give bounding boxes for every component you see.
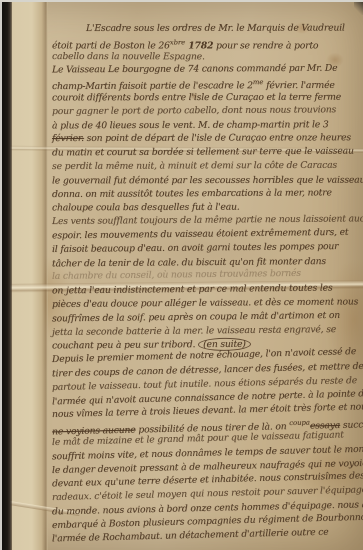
text-segment: pour gagner le port de porto cabello, do… <box>52 104 336 117</box>
text-segment: il faisoit beaucoup d'eau. on avoit garn… <box>52 241 338 255</box>
torn-corner-top-right <box>354 0 363 15</box>
manuscript-line: donna. on mit aussitôt toutes les embarc… <box>52 186 361 202</box>
text-segment: souffrîmes de la soif. peu après on coup… <box>52 310 340 325</box>
manuscript-paper: L'Escadre sous les ordres de Mr. le Marq… <box>2 0 363 550</box>
text-segment: L'Escadre sous les ordres de Mr. le Marq… <box>86 22 345 33</box>
scan-top-edge <box>0 0 363 2</box>
text-segment: à plus de 40 lieues sous le vent. M. de … <box>52 119 329 131</box>
text-segment: se perdit la même nuit, à minuit et demi… <box>52 160 337 172</box>
manuscript-line: étoit parti de Boston le 26xbre 1782 pou… <box>52 36 361 50</box>
text-segment: on jetta l'eau indistinctement et par ce… <box>52 283 333 297</box>
text-segment: jetta la seconde batterie à la mer. le v… <box>52 324 336 338</box>
manuscript-text: L'Escadre sous les ordres de Mr. le Marq… <box>52 22 361 546</box>
page-left-edge <box>2 0 12 550</box>
text-segment: la chambre du conseil, où nous nous trou… <box>52 268 301 282</box>
manuscript-line: il faisoit beaucoup d'eau. on avoit garn… <box>52 240 361 257</box>
text-segment: Les vents soufflant toujours de la même … <box>52 213 363 227</box>
text-segment: Le Vaisseau Le bourgogne de 74 canons co… <box>52 63 337 76</box>
text-segment: son point de départ de l'isle de Curaçao… <box>84 133 351 145</box>
manuscript-line: L'Escadre sous les ordres de Mr. le Marq… <box>52 21 361 35</box>
scanned-manuscript-page: L'Escadre sous les ordres de Mr. le Marq… <box>0 0 363 550</box>
text-segment: pièces d'eau douce pour alléger le vaiss… <box>52 296 358 310</box>
text-segment: me <box>253 78 264 86</box>
text-segment: couroit différents bords entre l'isle de… <box>52 92 341 104</box>
left-fold-strip <box>12 0 48 550</box>
text-segment: février. l'armée <box>263 80 334 91</box>
text-segment: février. <box>52 133 84 144</box>
text-segment: le gouvernail fut démonté par les secous… <box>52 174 363 186</box>
text-segment: donna. on mit aussitôt toutes les embarc… <box>52 187 332 200</box>
text-segment: coupa <box>289 419 310 427</box>
scan-left-sliver <box>0 0 2 550</box>
text-segment: cabello dans la nouvelle Espagne. <box>52 51 205 62</box>
manuscript-line: champ-Martin faisoit partie de l'escadre… <box>52 76 361 91</box>
manuscript-line: pour gagner le port de porto cabello, do… <box>52 103 361 119</box>
text-segment: chaloupe coula bas desquelles fut à l'ea… <box>52 202 240 214</box>
text-segment: xbre <box>170 38 185 46</box>
text-segment: espoir. les mouvements du vaisseau étoie… <box>52 227 349 242</box>
text-segment: du matin et courut sa bordée si tellemen… <box>52 146 354 159</box>
manuscript-line: se perdit la même nuit, à minuit et demi… <box>52 159 361 174</box>
